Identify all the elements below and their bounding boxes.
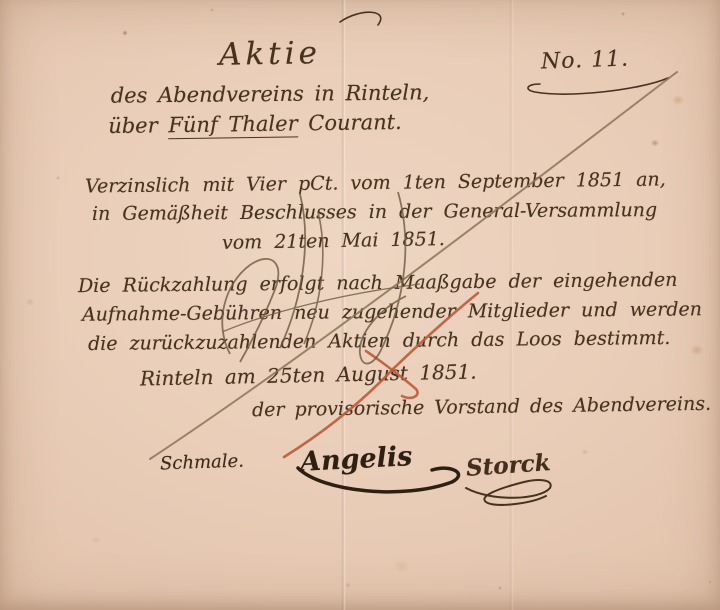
interest-clause-line-2: in Gemäßheit Beschlusses in der General-… xyxy=(92,199,657,225)
certificate-number: No. 11. xyxy=(541,46,630,74)
scanned-share-certificate: Aktie No. 11. des Abendvereins in Rintel… xyxy=(0,0,720,610)
share-value-underlined: Fünf Thaler xyxy=(168,111,298,139)
value-prefix: über xyxy=(108,113,158,138)
currency-suffix: Courant. xyxy=(308,110,402,135)
signature-center: Angelis xyxy=(299,441,413,478)
issuing-organization-line: des Abendvereins in Rinteln, xyxy=(55,80,485,109)
signature-left: Schmale. xyxy=(160,451,245,475)
interest-clause-line-3: vom 21ten Mai 1851. xyxy=(222,228,445,254)
document-title: Aktie xyxy=(170,34,371,73)
